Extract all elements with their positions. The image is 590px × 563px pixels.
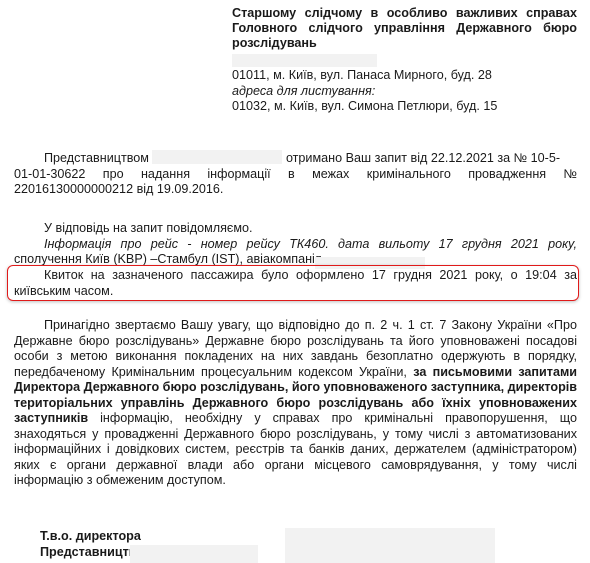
request-text: 22016130000000212 від 19.09.2016. <box>14 182 577 198</box>
response-paragraph: У відповідь на запит повідомляємо. Інфор… <box>14 221 577 268</box>
address-line: 01011, м. Київ, вул. Панаса Мирного, буд… <box>232 68 497 84</box>
sender-label: Представництвом <box>44 151 149 165</box>
ticket-text: Квиток на зазначеного пассажира було офо… <box>14 268 577 284</box>
addressee-line: Головного слідчого управління Державного… <box>232 21 577 36</box>
redacted-name <box>232 54 377 67</box>
ticket-paragraph: Квиток на зазначеного пассажира було офо… <box>14 268 577 299</box>
request-text: 01-01-30622 про надання інформації в меж… <box>14 167 577 183</box>
legal-text: Принагідно звертаємо Вашу увагу, що відп… <box>14 318 577 334</box>
mailing-address-label: адреса для листування: <box>232 84 497 100</box>
flight-info: Інформація про рейс - номер рейсу ТК460.… <box>14 237 577 253</box>
legal-text: заступників інформацію, необхідну у спра… <box>14 411 577 427</box>
ticket-text: київським часом. <box>14 284 577 300</box>
request-text: отримано Ваш запит від 22.12.2021 за № 1… <box>286 151 560 165</box>
letter-page: Старшому слідчому в особливо важливих сп… <box>0 0 590 563</box>
redacted-sender <box>152 150 282 164</box>
signature-block: Т.в.о. директора Представництва <box>40 528 143 560</box>
legal-text: передбаченому Кримінальним процесуальним… <box>14 365 577 381</box>
legal-text: знаходяться у провадженні Державного бюр… <box>14 427 577 443</box>
addressee-line: розслідувань <box>232 36 577 51</box>
redacted-signature <box>285 528 495 563</box>
legal-text: інформацію з обмеженим доступом. <box>14 473 577 489</box>
legal-text: Державне бюро розслідувань» Державне бюр… <box>14 334 577 350</box>
legal-paragraph: Принагідно звертаємо Вашу увагу, що відп… <box>14 318 577 489</box>
signature-title: Т.в.о. директора <box>40 528 143 544</box>
legal-text: інформаційних і довідкових систем, реєст… <box>14 442 577 458</box>
redacted-signatory-org <box>130 545 258 563</box>
signature-org: Представництва <box>40 544 143 560</box>
address-block: 01011, м. Київ, вул. Панаса Мирного, буд… <box>232 68 497 115</box>
request-paragraph: Представництвом отримано Ваш запит від 2… <box>14 150 577 198</box>
legal-text: особи з метою виконання покладених на ни… <box>14 349 577 365</box>
response-intro: У відповідь на запит повідомляємо. <box>14 221 577 237</box>
legal-text: яких є органи державної влади або органи… <box>14 458 577 474</box>
mailing-address-line: 01032, м. Київ, вул. Симона Петлюри, буд… <box>232 99 497 115</box>
addressee-line: Старшому слідчому в особливо важливих сп… <box>232 6 577 21</box>
legal-text-bold: територіальних управлінь Державного бюро… <box>14 396 577 412</box>
legal-text-bold: Директора Державного бюро розслідувань, … <box>14 380 577 396</box>
addressee-block: Старшому слідчому в особливо важливих сп… <box>232 6 577 51</box>
